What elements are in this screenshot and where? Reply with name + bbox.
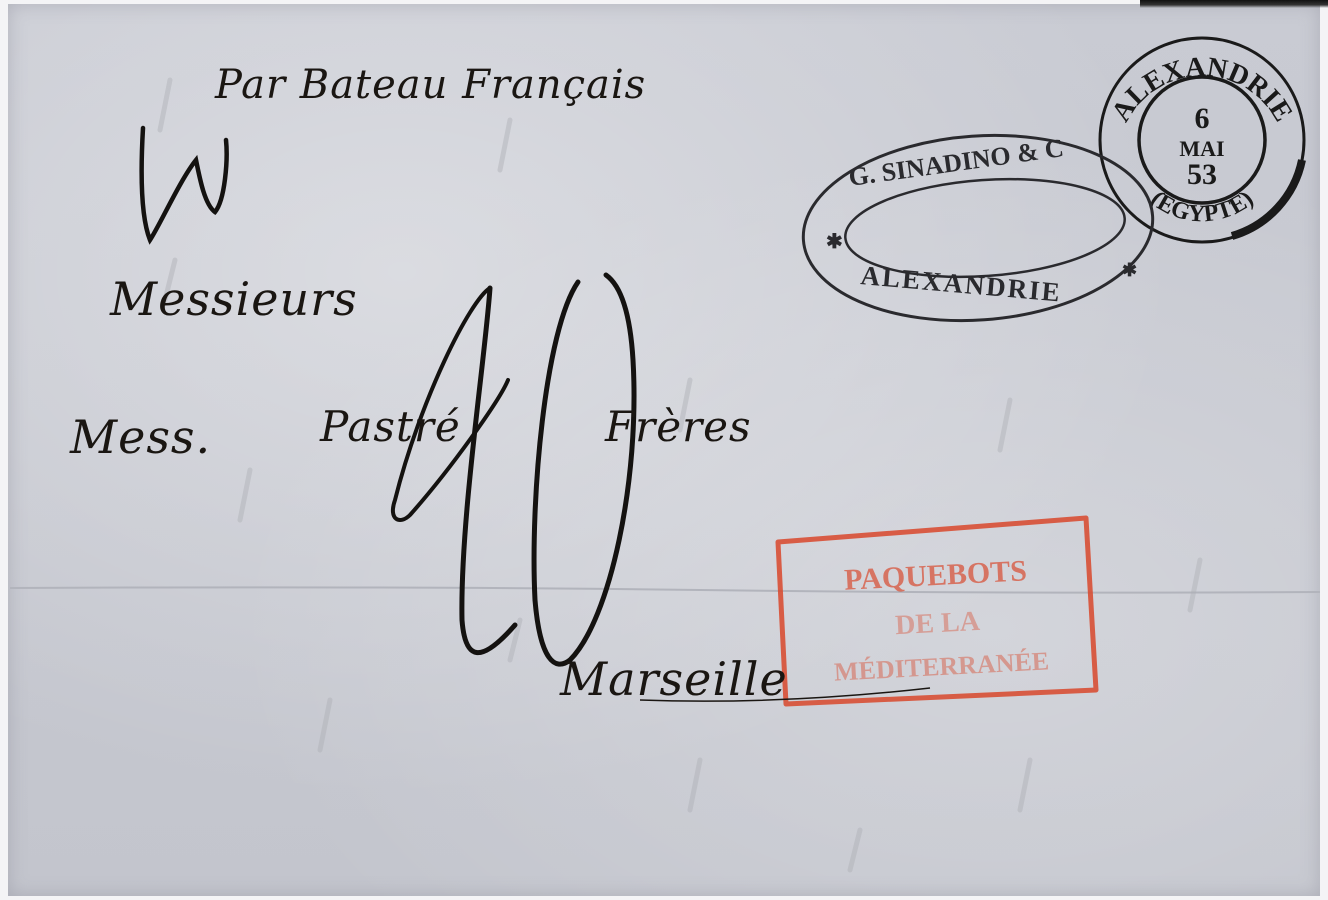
cachet-star-icon: ✱ — [1122, 260, 1137, 280]
datestamp: ALEXANDRIE (EGYPTE) 6 MAI 53 — [1100, 38, 1304, 242]
show-through-marks — [160, 80, 1200, 870]
datestamp-year: 53 — [1187, 158, 1217, 191]
datestamp-day: 6 — [1195, 102, 1210, 135]
routing-note: Par Bateau Français — [215, 62, 646, 108]
addressee-salutation: Messieurs — [110, 272, 358, 326]
postal-cover: ALEXANDRIE (EGYPTE) 6 MAI 53 G. SINADINO… — [0, 0, 1328, 900]
destination: Marseille — [560, 652, 788, 706]
postage-due-numeral — [393, 275, 634, 664]
addressee-suffix: Frères — [605, 402, 752, 451]
w-mark — [142, 128, 227, 240]
fold-line — [10, 587, 1320, 592]
datestamp-bottom-text: (EGYPTE) — [1146, 186, 1259, 228]
addressee-name: Pastré — [320, 402, 461, 451]
merchant-cachet: G. SINADINO & C ALEXANDRIE ✱ ✱ — [797, 124, 1159, 332]
cachet-bottom-text: ALEXANDRIE — [859, 260, 1062, 307]
paquebot-line2: DE LA — [894, 606, 981, 641]
cachet-star-icon: ✱ — [826, 231, 843, 253]
paquebot-line3: MÉDITERRANÉE — [833, 646, 1049, 686]
paquebot-line1: PAQUEBOTS — [843, 554, 1027, 597]
addressee-prefix: Mess. — [70, 410, 211, 464]
paquebot-mark: PAQUEBOTS DE LA MÉDITERRANÉE — [778, 518, 1096, 704]
